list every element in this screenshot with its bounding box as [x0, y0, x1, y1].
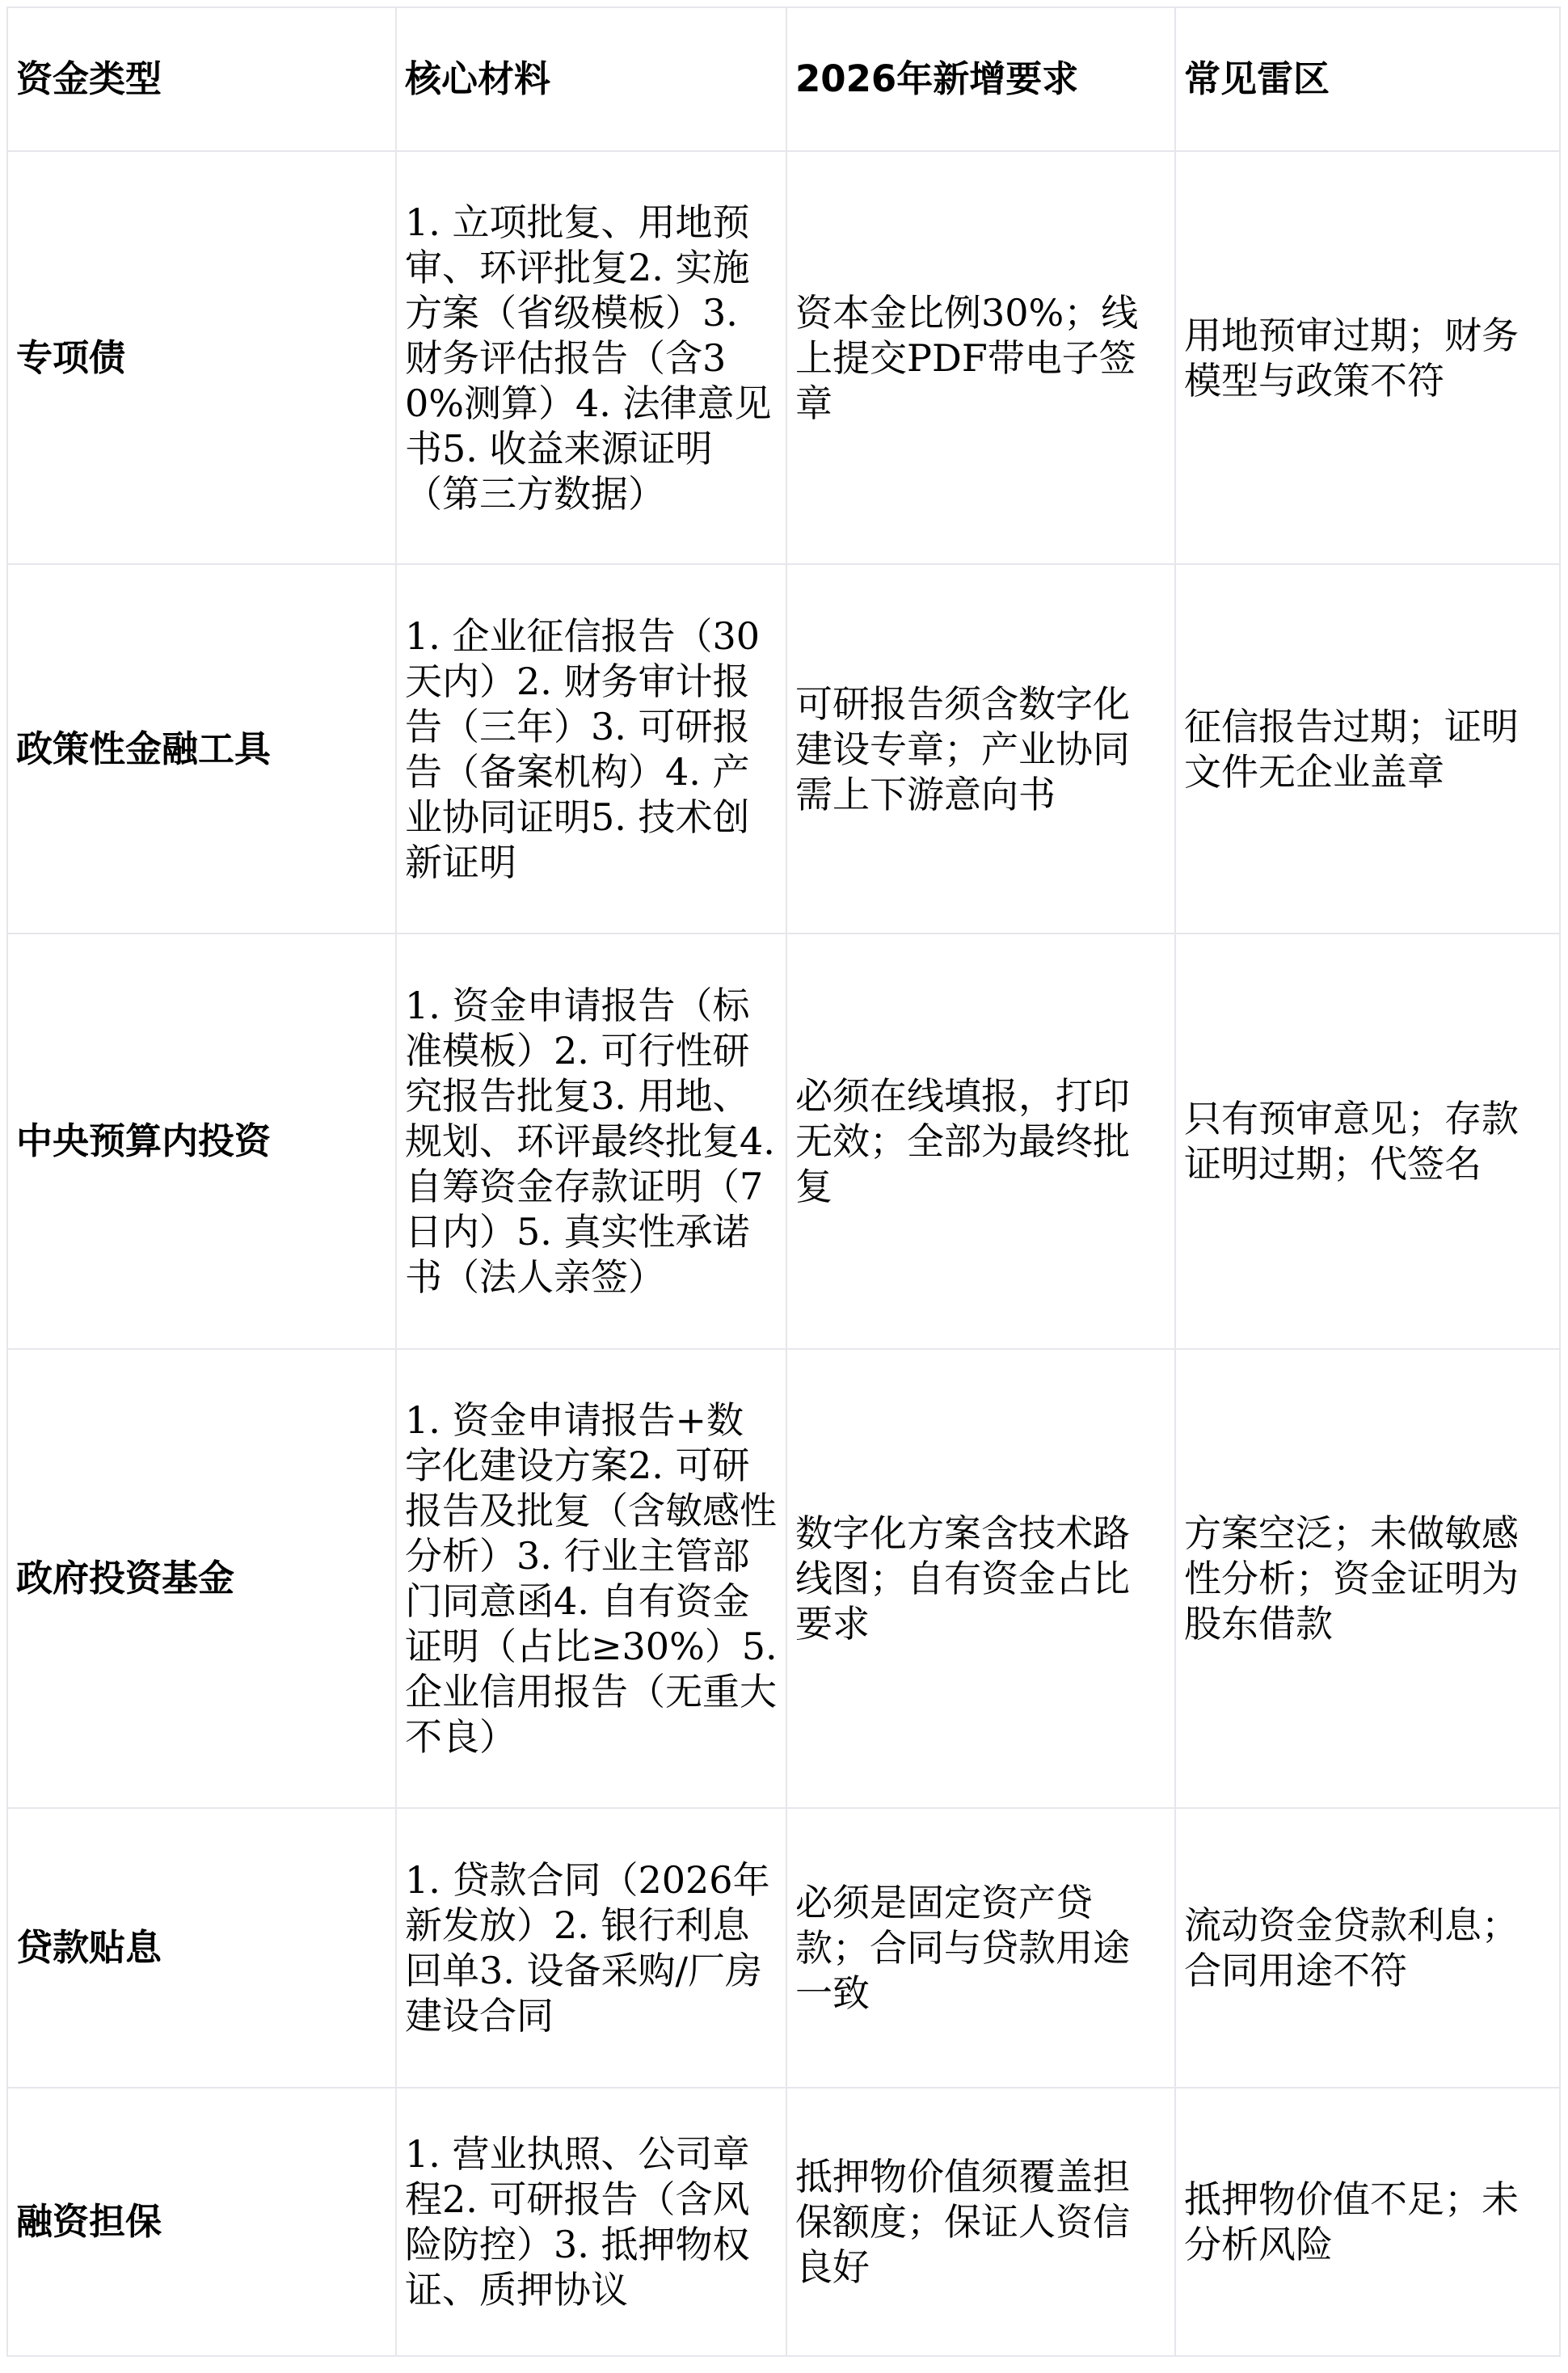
header-funding-type: 资金类型 [7, 7, 396, 151]
table-row: 专项债 1. 立项批复、用地预审、环评批复2. 实施方案（省级模板）3. 财务评… [7, 151, 1560, 564]
table-row: 融资担保 1. 营业执照、公司章程2. 可研报告（含风险防控）3. 抵押物权证、… [7, 2088, 1560, 2356]
table-row: 政府投资基金 1. 资金申请报告+数字化建设方案2. 可研报告及批复（含敏感性分… [7, 1349, 1560, 1808]
cell-funding-type: 贷款贴息 [7, 1808, 396, 2088]
cell-common-pitfalls: 抵押物价值不足；未分析风险 [1175, 2088, 1560, 2356]
cell-common-pitfalls: 用地预审过期；财务模型与政策不符 [1175, 151, 1560, 564]
table-row: 政策性金融工具 1. 企业征信报告（30天内）2. 财务审计报告（三年）3. 可… [7, 564, 1560, 934]
cell-new-requirements: 抵押物价值须覆盖担保额度；保证人资信良好 [786, 2088, 1175, 2356]
cell-new-requirements: 数字化方案含技术路线图；自有资金占比要求 [786, 1349, 1175, 1808]
cell-new-requirements: 必须是固定资产贷款；合同与贷款用途一致 [786, 1808, 1175, 2088]
cell-funding-type: 政策性金融工具 [7, 564, 396, 934]
cell-funding-type: 中央预算内投资 [7, 934, 396, 1349]
cell-new-requirements: 资本金比例30%；线上提交PDF带电子签章 [786, 151, 1175, 564]
cell-core-materials: 1. 资金申请报告+数字化建设方案2. 可研报告及批复（含敏感性分析）3. 行业… [396, 1349, 786, 1808]
table-row: 中央预算内投资 1. 资金申请报告（标准模板）2. 可行性研究报告批复3. 用地… [7, 934, 1560, 1349]
cell-new-requirements: 可研报告须含数字化建设专章；产业协同需上下游意向书 [786, 564, 1175, 934]
cell-core-materials: 1. 资金申请报告（标准模板）2. 可行性研究报告批复3. 用地、规划、环评最终… [396, 934, 786, 1349]
header-core-materials: 核心材料 [396, 7, 786, 151]
funding-requirements-table: 资金类型 核心材料 2026年新增要求 常见雷区 专项债 1. 立项批复、用地预… [6, 6, 1561, 2357]
header-new-requirements: 2026年新增要求 [786, 7, 1175, 151]
table-row: 贷款贴息 1. 贷款合同（2026年新发放）2. 银行利息回单3. 设备采购/厂… [7, 1808, 1560, 2088]
cell-funding-type: 专项债 [7, 151, 396, 564]
cell-core-materials: 1. 立项批复、用地预审、环评批复2. 实施方案（省级模板）3. 财务评估报告（… [396, 151, 786, 564]
cell-new-requirements: 必须在线填报，打印无效；全部为最终批复 [786, 934, 1175, 1349]
cell-common-pitfalls: 征信报告过期；证明文件无企业盖章 [1175, 564, 1560, 934]
cell-core-materials: 1. 贷款合同（2026年新发放）2. 银行利息回单3. 设备采购/厂房建设合同 [396, 1808, 786, 2088]
cell-funding-type: 融资担保 [7, 2088, 396, 2356]
cell-common-pitfalls: 只有预审意见；存款证明过期；代签名 [1175, 934, 1560, 1349]
table-header-row: 资金类型 核心材料 2026年新增要求 常见雷区 [7, 7, 1560, 151]
cell-core-materials: 1. 企业征信报告（30天内）2. 财务审计报告（三年）3. 可研报告（备案机构… [396, 564, 786, 934]
cell-funding-type: 政府投资基金 [7, 1349, 396, 1808]
cell-common-pitfalls: 流动资金贷款利息；合同用途不符 [1175, 1808, 1560, 2088]
header-common-pitfalls: 常见雷区 [1175, 7, 1560, 151]
cell-core-materials: 1. 营业执照、公司章程2. 可研报告（含风险防控）3. 抵押物权证、质押协议 [396, 2088, 786, 2356]
cell-common-pitfalls: 方案空泛；未做敏感性分析；资金证明为股东借款 [1175, 1349, 1560, 1808]
